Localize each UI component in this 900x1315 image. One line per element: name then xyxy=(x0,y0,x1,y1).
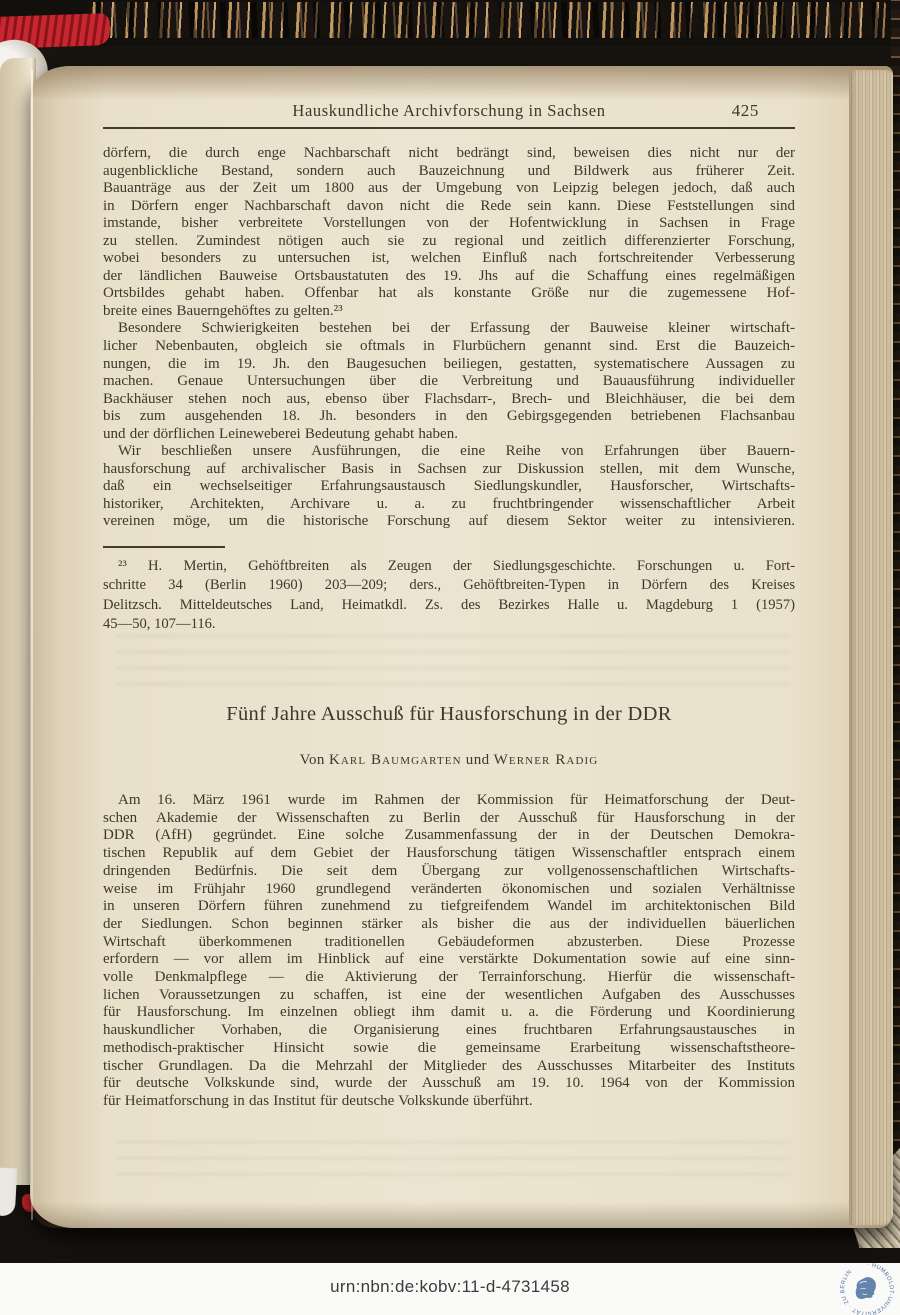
text-line: erfordern — vor allem im Hinblick auf ei… xyxy=(103,951,795,969)
viewer-footer: urn:nbn:de:kobv:11-d-4731458 xyxy=(0,1263,900,1315)
humboldt-university-logo-icon: · HUMBOLDT-UNIVERSITÄT · ZU BERLIN xyxy=(839,1261,895,1315)
text-line: daß ein wechselseitiger Erfahrungsaustau… xyxy=(103,478,795,496)
text-line: wobei besonders zu untersuchen ist, welc… xyxy=(103,250,795,268)
author-name: Werner Radig xyxy=(494,752,599,768)
text-line: vereinen möge, um die historische Forsch… xyxy=(103,513,795,531)
text-line: schritte 34 (Berlin 1960) 203—209; ders.… xyxy=(103,576,795,595)
text-line: Wirtschaft überkommenen traditionellen G… xyxy=(103,934,795,952)
author-name: Karl Baumgarten xyxy=(329,752,462,768)
text-line: volle Denkmalpflege — die Aktivierung de… xyxy=(103,969,795,987)
text-line: Ortsbildes gehabt haben. Offenbar hat al… xyxy=(103,285,795,303)
text-line: hauskundlicher Vorhaben, die Organisieru… xyxy=(103,1022,795,1040)
text-line: tischer Grundlagen. Da die Mehrzahl der … xyxy=(103,1058,795,1076)
text-line: bis zum ausgehenden 18. Jh. besonders in… xyxy=(103,408,795,426)
text-line: der Siedlungen. Schon beginnen stärker a… xyxy=(103,916,795,934)
byline-conjunction: und xyxy=(466,752,490,768)
text-line: hausforschung auf archivalischer Basis i… xyxy=(103,461,795,479)
text-line: Besondere Schwierigkeiten bestehen bei d… xyxy=(103,320,795,338)
text-line: ²³ H. Mertin, Gehöftbreiten als Zeugen d… xyxy=(103,557,795,576)
text-line: historiker, Architekten, Archivare u. a.… xyxy=(103,496,795,514)
text-line: dringenden Bedürfnis. Die seit dem Überg… xyxy=(103,863,795,881)
text-line: dörfern, die durch enge Nachbarschaft ni… xyxy=(103,145,795,163)
text-line: licher Nebenbauten, obgleich sie oftmals… xyxy=(103,338,795,356)
text-line: und der dörflichen Leineweberei Bedeutun… xyxy=(103,426,795,444)
text-line: Am 16. März 1961 wurde im Rahmen der Kom… xyxy=(103,792,795,810)
page-stack-edge xyxy=(849,70,893,1225)
paragraph: Wir beschließen unsere Ausführungen, die… xyxy=(103,443,795,531)
text-line: der ländlichen Bauweise Ortsbaustatuten … xyxy=(103,268,795,286)
footnote-rule xyxy=(103,546,225,548)
text-line: weise im Frühjahr 1960 grundlegend verän… xyxy=(103,881,795,899)
text-line: 45—50, 107—116. xyxy=(103,615,795,634)
byline-prefix: Von xyxy=(300,752,325,768)
gutter-fold-highlight xyxy=(31,70,33,1220)
text-line: Bauanträge aus der Zeit um 1800 aus der … xyxy=(103,180,795,198)
article-byline: Von Karl Baumgarten und Werner Radig xyxy=(103,752,795,769)
running-head: Hauskundliche Archivforschung in Sachsen… xyxy=(103,101,795,123)
text-line: zu stellen. Zumindest nötigen auch sie z… xyxy=(103,233,795,251)
text-line: schen Akademie der Wissenschaften zu Ber… xyxy=(103,810,795,828)
text-line: Wir beschließen unsere Ausführungen, die… xyxy=(103,443,795,461)
text-line: augenblickliche Bestand, sondern auch Ba… xyxy=(103,163,795,181)
text-line: in unseren Dörfern führen zunehmend zu t… xyxy=(103,898,795,916)
footnote: ²³ H. Mertin, Gehöftbreiten als Zeugen d… xyxy=(103,557,795,634)
text-line: nungen, die im 19. Jh. den Baugesuchen b… xyxy=(103,356,795,374)
text-line: für deutsche Volkskunde sind, wurde der … xyxy=(103,1075,795,1093)
text-line: für Heimatforschung in das Institut für … xyxy=(103,1093,795,1111)
text-line: breite eines Bauerngehöftes zu gelten.²³ xyxy=(103,303,795,321)
text-line: lichen Voraussetzungen zu schaffen, ist … xyxy=(103,987,795,1005)
body-text: dörfern, die durch enge Nachbarschaft ni… xyxy=(103,145,795,531)
head-rule xyxy=(103,127,795,129)
text-line: imstande, bisher verbreitete Vorstellung… xyxy=(103,215,795,233)
text-line: für Hausforschung. Im einzelnen obliegt … xyxy=(103,1004,795,1022)
text-line: machen. Genaue Untersuchungen über die V… xyxy=(103,373,795,391)
text-line: Delitzsch. Mitteldeutsches Land, Heimatk… xyxy=(103,596,795,615)
article-title: Fünf Jahre Ausschuß für Hausforschung in… xyxy=(103,703,795,726)
paragraph: Besondere Schwierigkeiten bestehen bei d… xyxy=(103,320,795,443)
text-line: DDR (AfH) gegründet. Eine solche Zusamme… xyxy=(103,827,795,845)
text-line: methodisch-praktischer Hinsicht sowie di… xyxy=(103,1040,795,1058)
text-line: in Dörfern enger Nachbarschaft davon nic… xyxy=(103,198,795,216)
paragraph: dörfern, die durch enge Nachbarschaft ni… xyxy=(103,145,795,320)
text-line: tischen Republik auf dem Gebiet der Haus… xyxy=(103,845,795,863)
running-title: Hauskundliche Archivforschung in Sachsen xyxy=(103,101,795,121)
article-paragraph: Am 16. März 1961 wurde im Rahmen der Kom… xyxy=(103,792,795,1111)
marbled-page-top-edge-overlay xyxy=(86,2,886,38)
text-line: Backhäuser stehen noch aus, ebenso über … xyxy=(103,391,795,409)
scanned-book-viewer: Hauskundliche Archivforschung in Sachsen… xyxy=(0,0,900,1315)
page-number: 425 xyxy=(732,101,759,121)
urn-identifier: urn:nbn:de:kobv:11-d-4731458 xyxy=(0,1277,900,1297)
humboldt-head-emblem xyxy=(856,1277,876,1299)
